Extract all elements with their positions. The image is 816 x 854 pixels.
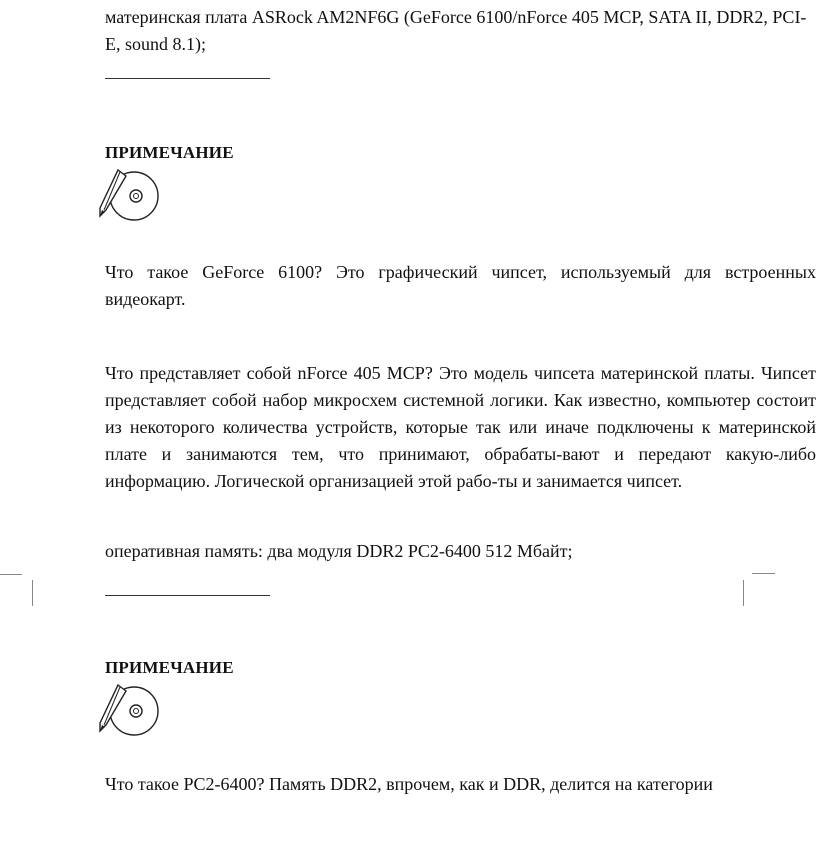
note-heading: ПРИМЕЧАНИЕ — [105, 658, 234, 678]
pencil-cd-icon — [96, 166, 166, 222]
note-paragraph: Что представляет собой nForce 405 MCP? Э… — [105, 360, 816, 495]
note-paragraph: Что такое PC2-6400? Память DDR2, впрочем… — [105, 771, 816, 798]
page-corner-mark — [743, 580, 744, 606]
separator-rule — [105, 78, 270, 79]
page-corner-mark — [32, 580, 33, 606]
note-heading: ПРИМЕЧАНИЕ — [105, 143, 234, 163]
memory-spec-text: оперативная память: два модуля DDR2 PC2-… — [105, 538, 816, 565]
note-paragraph: Что такое GeForce 6100? Это графический … — [105, 259, 816, 313]
motherboard-spec-text: материнская плата ASRock AM2NF6G (GeForc… — [105, 4, 816, 58]
page-corner-mark — [0, 574, 22, 575]
pencil-cd-icon — [96, 681, 166, 737]
page-corner-mark — [752, 573, 775, 574]
separator-rule — [105, 595, 270, 596]
